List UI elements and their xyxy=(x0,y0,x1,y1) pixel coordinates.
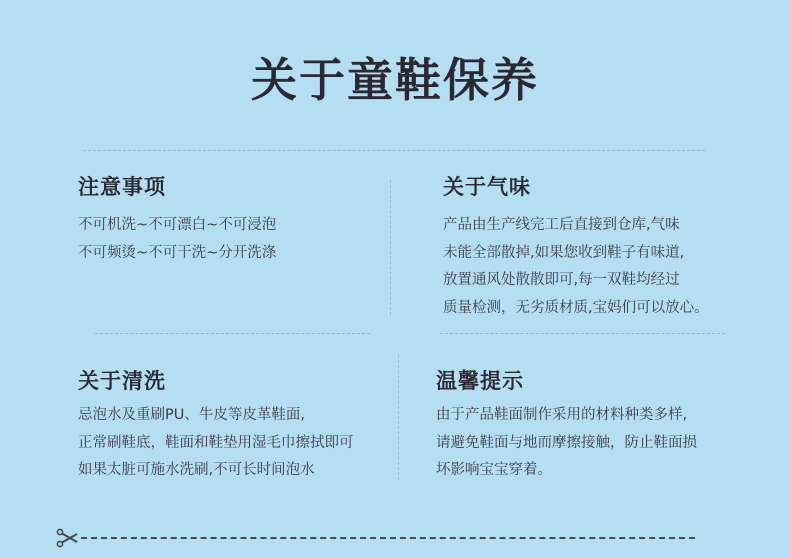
section-line: 如果太脏可施水洗刷,不可长时间泡水 xyxy=(78,457,354,485)
scissors-icon xyxy=(55,528,79,548)
cut-line xyxy=(55,528,695,548)
page-title: 关于童鞋保养 xyxy=(0,50,790,110)
section-heading: 注意事项 xyxy=(78,172,276,202)
title-divider xyxy=(83,150,705,151)
center-divider-bottom xyxy=(398,355,399,480)
section-heading: 关于气味 xyxy=(443,172,709,202)
row-divider-left xyxy=(95,333,370,334)
section-line: 坏影响宝宝穿着。 xyxy=(436,457,697,485)
section-line: 忌泡水及重刷PU、牛皮等皮革鞋面, xyxy=(78,402,354,430)
section-heading: 温馨提示 xyxy=(436,366,697,396)
section-heading: 关于清洗 xyxy=(78,366,354,396)
section-line: 未能全部散掉,如果您收到鞋子有味道, xyxy=(443,240,709,268)
row-divider-right xyxy=(440,333,725,334)
section-line: 正常刷鞋底，鞋面和鞋垫用湿毛巾擦拭即可 xyxy=(78,430,354,458)
section-odor: 关于气味 产品由生产线完工后直接到仓库,气味 未能全部散掉,如果您收到鞋子有味道… xyxy=(443,172,709,322)
center-divider-top xyxy=(390,180,391,315)
section-line: 请避免鞋面与地而摩擦接触，防止鞋面损 xyxy=(436,430,697,458)
section-precautions: 注意事项 不可机洗~不可漂白~不可浸泡 不可频烫~不可干洗~分开洗涤 xyxy=(78,172,276,267)
section-line: 产品由生产线完工后直接到仓库,气味 xyxy=(443,212,709,240)
section-line: 不可频烫~不可干洗~分开洗涤 xyxy=(78,240,276,268)
section-cleaning: 关于清洗 忌泡水及重刷PU、牛皮等皮革鞋面, 正常刷鞋底，鞋面和鞋垫用湿毛巾擦拭… xyxy=(78,366,354,485)
section-line: 质量检测，无劣质材质,宝妈们可以放心。 xyxy=(443,295,709,323)
section-tips: 温馨提示 由于产品鞋面制作采用的材料种类多样, 请避免鞋面与地而摩擦接触，防止鞋… xyxy=(436,366,697,485)
section-line: 不可机洗~不可漂白~不可浸泡 xyxy=(78,212,276,240)
section-line: 放置通风处散散即可,每一双鞋均经过 xyxy=(443,267,709,295)
section-line: 由于产品鞋面制作采用的材料种类多样, xyxy=(436,402,697,430)
dashed-line xyxy=(81,537,695,539)
